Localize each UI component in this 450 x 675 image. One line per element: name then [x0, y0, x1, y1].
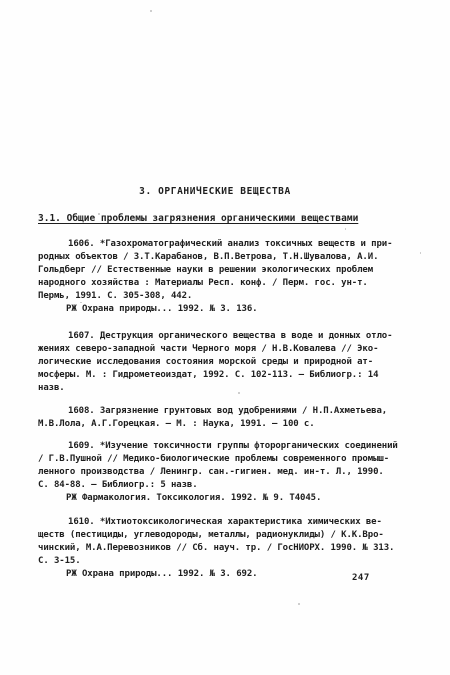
- bib-line: С. 84-88. – Библиогр.: 5 назв.: [38, 479, 410, 492]
- bib-entry-1607: 1607. Деструкция органического вещества …: [38, 330, 410, 395]
- bib-line: логические исследования состояния морско…: [38, 356, 410, 369]
- bib-line: М.В.Лола, А.Г.Горецкая. – М. : Наука, 19…: [38, 418, 410, 431]
- bib-line: / Г.В.Пушной // Медико-биологические про…: [38, 453, 410, 466]
- scan-speck: [262, 189, 264, 191]
- bib-line: Гольдберг // Естественные науки в решени…: [38, 264, 410, 277]
- bib-line: мосферы. М. : Гидрометеоиздат, 1992. С. …: [38, 369, 410, 382]
- bib-entry-1606: 1606. *Газохроматографический анализ ток…: [38, 238, 410, 316]
- bib-ref-line: РЖ Фармакология. Токсикология. 1992. № 9…: [38, 492, 410, 505]
- chapter-title: 3. ОРГАНИЧЕСКИЕ ВЕЩЕСТВА: [38, 186, 392, 197]
- scan-speck: [80, 302, 82, 303]
- scanned-document-page: 3. ОРГАНИЧЕСКИЕ ВЕЩЕСТВА 3.1. Общие проб…: [0, 0, 450, 675]
- bib-line: ленного производства / Ленингр. сан.-гиг…: [38, 466, 410, 479]
- bib-entry-1609: 1609. *Изучение токсичности группы фторо…: [38, 440, 410, 505]
- bib-line: 1608. Загрязнение грунтовых вод удобрени…: [38, 405, 410, 418]
- bib-line: Пермь, 1991. С. 305-308, 442.: [38, 290, 410, 303]
- bib-line: 1606. *Газохроматографический анализ ток…: [38, 238, 410, 251]
- bib-line: 1610. *Ихтиотоксикологическая характерис…: [38, 516, 410, 529]
- scan-speck: [150, 10, 152, 12]
- bib-line: С. 3-15.: [38, 555, 410, 568]
- bib-entry-1610: 1610. *Ихтиотоксикологическая характерис…: [38, 516, 410, 581]
- bib-entry-1608: 1608. Загрязнение грунтовых вод удобрени…: [38, 405, 410, 431]
- bib-line: родных объектов / З.Т.Карабанов, В.П.Вет…: [38, 251, 410, 264]
- bib-line: назв.: [38, 382, 410, 395]
- scan-speck: [420, 252, 421, 254]
- bib-line: 1609. *Изучение токсичности группы фторо…: [38, 440, 410, 453]
- scan-speck: [298, 603, 300, 605]
- section-heading: 3.1. Общие проблемы загрязнения органиче…: [38, 213, 358, 224]
- scan-speck: [98, 213, 100, 215]
- bib-line: ществ (пестициды, углеводороды, металлы,…: [38, 529, 410, 542]
- page-number: 247: [352, 573, 370, 583]
- bib-line: 1607. Деструкция органического вещества …: [38, 330, 410, 343]
- bib-ref-line: РЖ Охрана природы... 1992. № 3. 136.: [38, 303, 410, 316]
- bib-line: жениях северо-западной части Черного мор…: [38, 343, 410, 356]
- bib-line: чинский, М.А.Перевозников // Сб. науч. т…: [38, 542, 410, 555]
- bib-line: народного хозяйства : Материалы Респ. ко…: [38, 277, 410, 290]
- scan-speck: [238, 392, 240, 394]
- scan-speck: [345, 228, 346, 230]
